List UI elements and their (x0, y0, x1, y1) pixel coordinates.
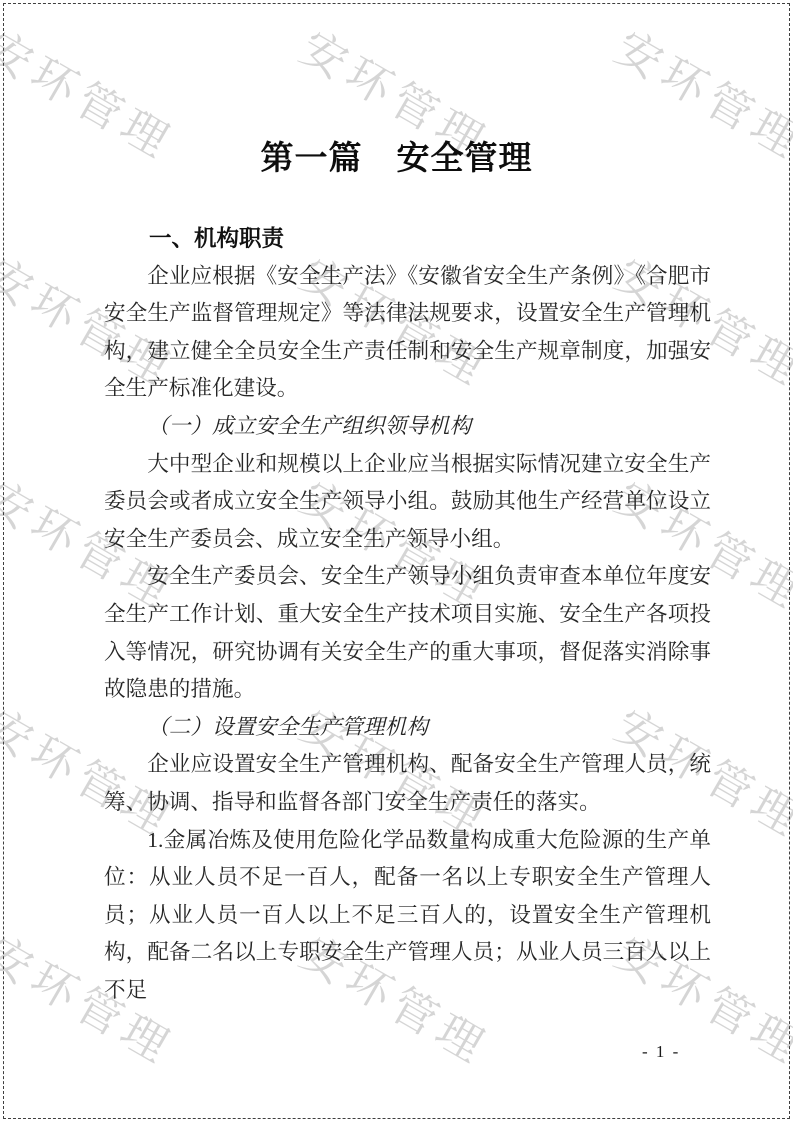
paragraph: 大中型企业和规模以上企业应当根据实际情况建立安全生产委员会或者成立安全生产领导小… (104, 446, 711, 559)
paragraph: 安全生产委员会、安全生产领导小组负责审查本单位年度安全生产工作计划、重大安全生产… (104, 558, 711, 708)
document-body: 一、机构职责 企业应根据《安全生产法》《安徽省安全生产条例》《合肥市安全生产监督… (104, 220, 711, 1009)
paragraph: 企业应设置安全生产管理机构、配备安全生产管理人员，统筹、协调、指导和监督各部门安… (104, 746, 711, 821)
section-heading-org-duties: 一、机构职责 (104, 220, 711, 258)
subsection-heading-1: （一）成立安全生产组织领导机构 (104, 408, 711, 446)
subsection-heading-2: （二）设置安全生产管理机构 (104, 709, 711, 747)
paragraph: 企业应根据《安全生产法》《安徽省安全生产条例》《合肥市安全生产监督管理规定》等法… (104, 258, 711, 408)
paragraph: 1.金属冶炼及使用危险化学品数量构成重大危险源的生产单位：从业人员不足一百人，配… (104, 822, 711, 1010)
page-number: - 1 - (642, 1042, 680, 1062)
document-title: 第一篇 安全管理 (0, 136, 793, 180)
document-page: 安环管理安环管理安环管理安环管理安环管理安环管理安环管理安环管理安环管理安环管理… (0, 0, 793, 1122)
